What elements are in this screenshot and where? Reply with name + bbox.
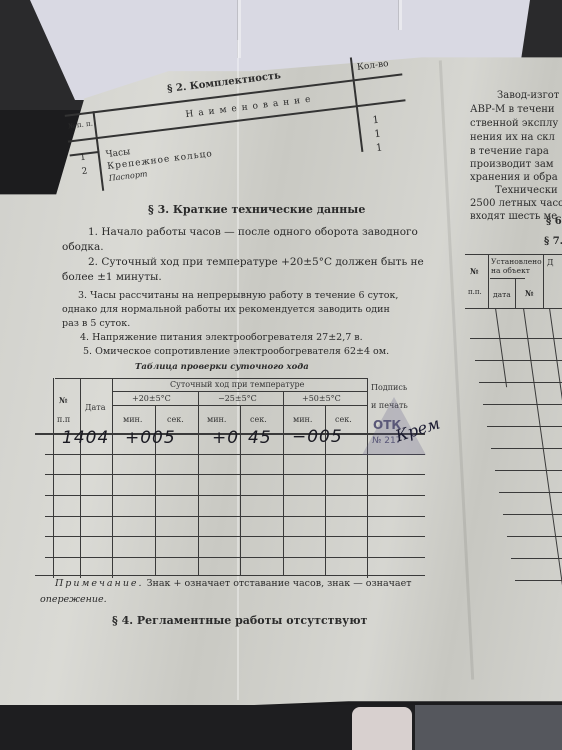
- sub-date: дата: [493, 290, 511, 299]
- handwritten-t50: −005: [292, 427, 343, 447]
- section-7-title: § 7.: [544, 236, 562, 247]
- item-num: 1: [79, 153, 86, 164]
- note-text-2: опережение.: [40, 594, 107, 605]
- col-installed-header: Установлено на объект: [491, 257, 543, 275]
- right-page-line: хранения и обра: [470, 172, 558, 183]
- tech-item-3-cont: однако для нормальной работы их рекоменд…: [62, 304, 390, 315]
- right-page-line: АВР-М в течени: [470, 104, 555, 115]
- col-num-header: №: [470, 266, 479, 276]
- floor-background: [0, 705, 562, 750]
- col-num-header: №: [59, 395, 68, 405]
- item-qty: 1: [372, 115, 380, 127]
- group-header: Суточный ход при температуре: [170, 380, 304, 389]
- col-num-header-2: п.п: [57, 415, 70, 424]
- right-page-line: Технически: [495, 185, 558, 196]
- tech-item-2-cont: более ±1 минуты.: [62, 271, 162, 283]
- col-num-header: № п. п.: [68, 119, 95, 130]
- col-sign-header: Подпись: [371, 383, 407, 392]
- sub-num: №: [525, 288, 534, 298]
- tech-item-2: 2. Суточный ход при температуре +20±5°С …: [88, 256, 424, 268]
- item-qty: 1: [375, 142, 383, 154]
- tech-item-5: 5. Омическое сопротивление электрообогре…: [83, 346, 389, 357]
- sub-min: мин.: [207, 415, 226, 424]
- col-next-header: Д: [547, 258, 554, 267]
- sub-sec: сек.: [167, 415, 184, 424]
- tech-item-1-cont: ободка.: [62, 241, 104, 253]
- col-date-header: Дата: [85, 403, 105, 412]
- note: Примечание. Знак + означает отставание ч…: [55, 578, 411, 589]
- item-qty: 1: [374, 129, 382, 141]
- section-4-title: § 4. Регламентные работы отсутствуют: [112, 614, 367, 627]
- handwritten-date: 1404: [62, 428, 109, 448]
- right-page-line: в течение гара: [470, 146, 549, 157]
- temp-header-20: +20±5°С: [132, 394, 171, 403]
- note-label: Примечание.: [55, 578, 144, 589]
- rate-table-title: Таблица проверки суточного хода: [135, 362, 309, 372]
- sub-sec: сек.: [335, 415, 352, 424]
- item-name: Часы: [105, 147, 131, 160]
- right-page-line: ственной эксплу: [470, 118, 558, 129]
- sub-min: мин.: [293, 415, 312, 424]
- bag-cord: [398, 0, 402, 30]
- section-6-title: § 6: [546, 216, 562, 227]
- tech-item-4: 4. Напряжение питания электрообогревател…: [80, 332, 363, 343]
- right-page-line: входят шесть ме: [470, 211, 557, 222]
- item-name: Паспорт: [108, 169, 148, 183]
- item-num: 2: [81, 167, 88, 178]
- right-page-line: 2500 летных часо: [470, 198, 562, 209]
- tech-item-3-cont2: раз в 5 суток.: [62, 318, 130, 329]
- tech-item-1: 1. Начало работы часов — после одного об…: [88, 226, 418, 238]
- temp-header-50: +50±5°С: [302, 394, 341, 403]
- shoe: [352, 707, 412, 750]
- right-page-line: нения их на скл: [470, 132, 555, 143]
- section-3-title: § 3. Краткие технические данные: [148, 203, 365, 216]
- sub-sec: сек.: [250, 415, 267, 424]
- col-num-header-2: п.п.: [468, 288, 482, 296]
- right-page-line: производит зам: [470, 159, 554, 170]
- handwritten-t20: +005: [125, 428, 176, 448]
- installation-table: № п.п. Установлено на объект дата № Д: [465, 248, 562, 608]
- carpet: [415, 705, 562, 750]
- sub-min: мин.: [123, 415, 142, 424]
- right-page-line: Завод-изгот: [497, 90, 559, 101]
- tech-item-3: 3. Часы рассчитаны на непрерывную работу…: [78, 290, 398, 301]
- temp-header-25: −25±5°С: [218, 394, 257, 403]
- note-text: Знак + означает отставание часов, знак —…: [147, 578, 412, 589]
- handwritten-t25-sec: 45: [248, 428, 272, 448]
- col-qty-header: Кол-во: [357, 59, 390, 73]
- handwritten-t25-min: +0: [212, 428, 239, 448]
